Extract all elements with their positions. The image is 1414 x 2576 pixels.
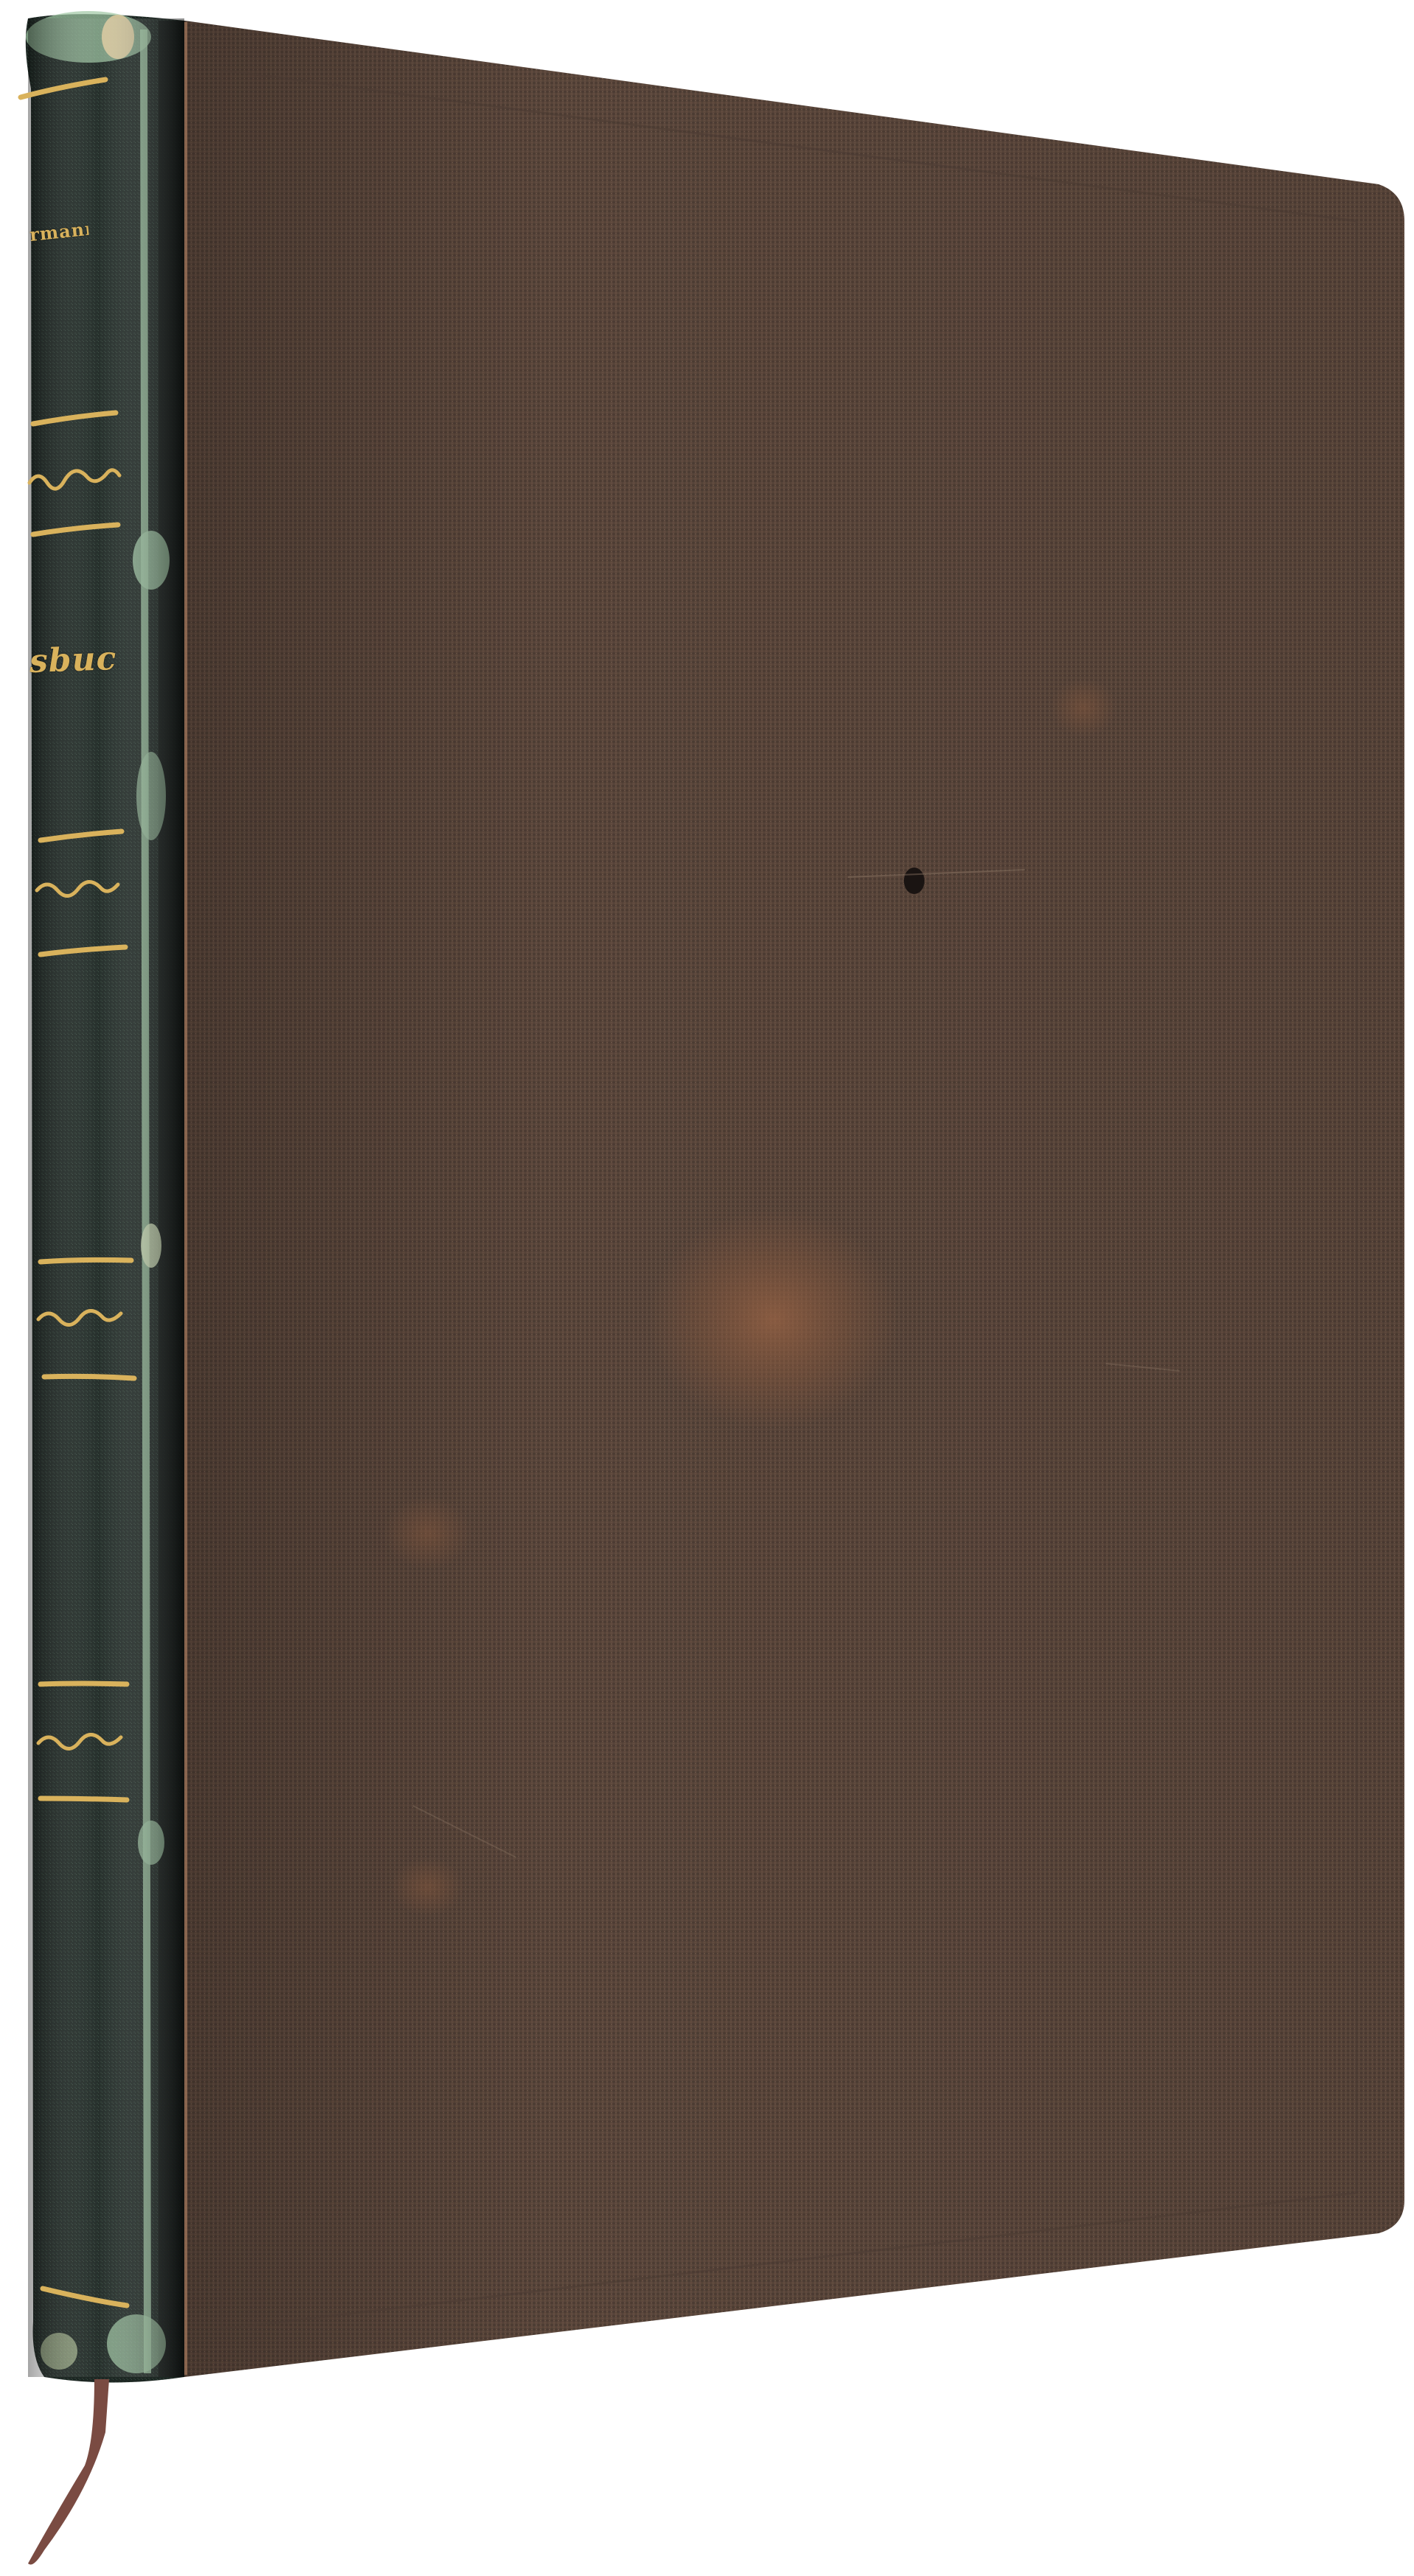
book-photo: rmann sbuch Antique hardcover book, fron… xyxy=(0,0,1414,2576)
ribbon-bookmark xyxy=(28,2379,109,2565)
book-illustration xyxy=(0,0,1414,2576)
spine xyxy=(21,11,184,2383)
front-cover xyxy=(184,21,1404,2377)
cover-spot xyxy=(904,868,924,894)
spine-title-text: sbuch xyxy=(29,640,119,680)
cover-stain xyxy=(649,1209,899,1430)
